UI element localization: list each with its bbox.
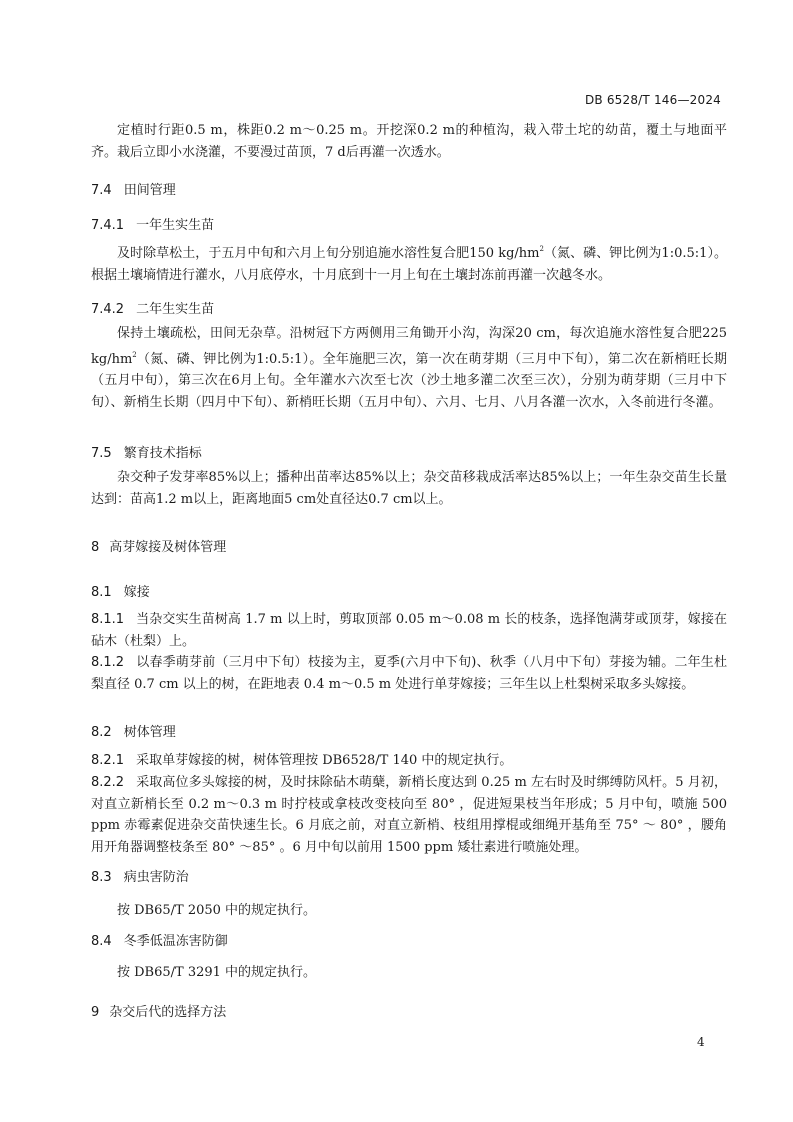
- heading-title: 二年生实生苗: [136, 302, 214, 317]
- paragraph-8-4: 按 DB65/T 3291 中的规定执行。: [91, 962, 727, 984]
- clause-number: 8.1.2: [91, 655, 124, 670]
- clause-text: 采取高位多头嫁接的树，及时抹除砧木萌蘖，新梢长度达到 0.25 m 左右时及时绑…: [91, 775, 727, 855]
- heading-8-3: 8.3病虫害防治: [91, 868, 189, 888]
- heading-title: 繁育技术指标: [124, 446, 202, 461]
- heading-title: 高芽嫁接及树体管理: [109, 540, 226, 555]
- paragraph-planting: 定植时行距0.5 m，株距0.2 m～0.25 m。开挖深0.2 m的种植沟，栽…: [91, 120, 727, 163]
- heading-title: 田间管理: [124, 183, 176, 198]
- heading-8: 8高芽嫁接及树体管理: [91, 538, 226, 558]
- heading-8-1: 8.1嫁接: [91, 583, 150, 603]
- heading-number: 8.2: [91, 723, 112, 743]
- heading-8-4: 8.4冬季低温冻害防御: [91, 932, 228, 952]
- clause-text: 当杂交实生苗树高 1.7 m 以上时，剪取顶部 0.05 m～0.08 m 长的…: [91, 612, 727, 649]
- heading-number: 8: [91, 538, 99, 558]
- heading-number: 8.1: [91, 583, 112, 603]
- clause-8-1-2: 8.1.2以春季萌芽前（三月中下旬）枝接为主，夏季(六月中下旬)、秋季（八月中下…: [91, 652, 727, 695]
- document-code-header: DB 6528/T 146—2024: [585, 93, 721, 107]
- clause-8-2-1: 8.2.1采取单芽嫁接的树，树体管理按 DB6528/T 140 中的规定执行。: [91, 750, 727, 772]
- heading-title: 冬季低温冻害防御: [124, 934, 228, 949]
- heading-number: 9: [91, 1003, 99, 1023]
- heading-8-2: 8.2树体管理: [91, 723, 176, 743]
- paragraph-7-5: 杂交种子发芽率85%以上；播种出苗率达85%以上；杂交苗移栽成活率达85%以上；…: [91, 467, 727, 510]
- heading-7-4-1: 7.4.1一年生实生苗: [91, 216, 214, 236]
- paragraph-text: （氮、磷、钾比例为1:0.5:1）。全年施肥三次，第一次在萌芽期（三月中下旬），…: [91, 352, 727, 410]
- heading-number: 8.4: [91, 932, 112, 952]
- page-number: 4: [697, 1035, 705, 1049]
- clause-number: 8.1.1: [91, 612, 124, 627]
- heading-number: 7.4: [91, 181, 112, 201]
- paragraph-7-4-1: 及时除草松土，于五月中旬和六月上旬分别追施水溶性复合肥150 kg/hm2（氮、…: [91, 239, 727, 286]
- heading-title: 病虫害防治: [124, 870, 189, 885]
- clause-text: 采取单芽嫁接的树，树体管理按 DB6528/T 140 中的规定执行。: [136, 753, 512, 768]
- heading-title: 一年生实生苗: [136, 218, 214, 233]
- heading-7-5: 7.5繁育技术指标: [91, 444, 202, 464]
- clause-number: 8.2.1: [91, 753, 124, 768]
- paragraph-7-4-2: 保持土壤疏松，田间无杂草。沿树冠下方两侧用三角锄开小沟，沟深20 cm，每次追施…: [91, 323, 727, 413]
- heading-7-4: 7.4田间管理: [91, 181, 176, 201]
- clause-8-1-1: 8.1.1当杂交实生苗树高 1.7 m 以上时，剪取顶部 0.05 m～0.08…: [91, 609, 727, 652]
- clause-number: 8.2.2: [91, 775, 124, 790]
- clause-8-2-2: 8.2.2采取高位多头嫁接的树，及时抹除砧木萌蘖，新梢长度达到 0.25 m 左…: [91, 772, 727, 858]
- heading-title: 树体管理: [124, 725, 176, 740]
- heading-number: 7.4.2: [91, 300, 124, 320]
- heading-title: 杂交后代的选择方法: [109, 1005, 226, 1020]
- heading-number: 8.3: [91, 868, 112, 888]
- paragraph-8-3: 按 DB65/T 2050 中的规定执行。: [91, 900, 727, 922]
- heading-title: 嫁接: [124, 585, 150, 600]
- heading-7-4-2: 7.4.2二年生实生苗: [91, 300, 214, 320]
- heading-9: 9杂交后代的选择方法: [91, 1003, 226, 1023]
- heading-number: 7.4.1: [91, 216, 124, 236]
- clause-text: 以春季萌芽前（三月中下旬）枝接为主，夏季(六月中下旬)、秋季（八月中下旬）芽接为…: [91, 655, 727, 692]
- heading-number: 7.5: [91, 444, 112, 464]
- paragraph-text: 及时除草松土，于五月中旬和六月上旬分别追施水溶性复合肥150 kg/hm: [117, 246, 540, 261]
